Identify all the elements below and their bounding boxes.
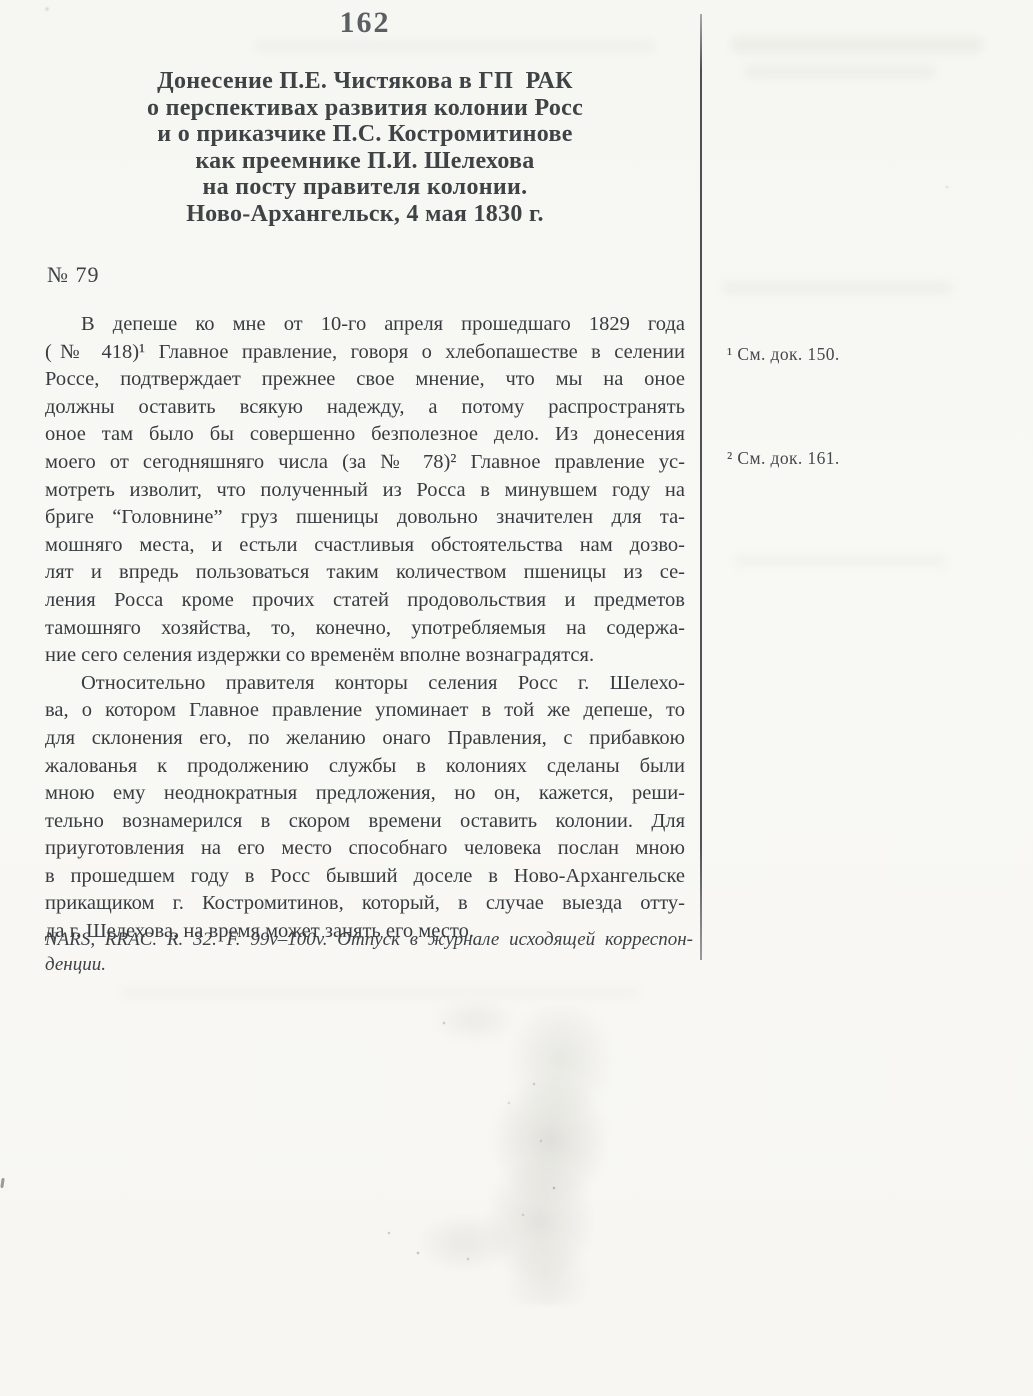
heading-line: Ново-Архангельск, 4 мая 1830 г. — [0, 201, 730, 228]
document-heading: Донесение П.Е. Чистякова в ГП РАК о перс… — [0, 68, 730, 227]
scan-stain — [462, 1005, 632, 1305]
page-showthrough-smudge — [732, 38, 982, 52]
body-line: Россе, подтверждает прежнее свое мнение,… — [45, 366, 685, 394]
source-citation-line: NARS, RRAC. R. 32. F. 99v–100v. Отпуск в… — [45, 927, 693, 952]
scan-speckles — [0, 0, 2, 2]
heading-line: и о приказчике П.С. Костромитинове — [0, 121, 730, 148]
page-edge-mark — [0, 1178, 4, 1188]
body-line: мною ему неоднократныя предложения, но о… — [45, 780, 685, 808]
source-citation-line: денции. — [45, 952, 693, 977]
page-showthrough-smudge — [735, 555, 945, 567]
page-showthrough-smudge — [745, 66, 935, 78]
body-line: (№ 418)¹ Главное правление, говоря о хле… — [45, 339, 685, 367]
page-number: 162 — [0, 6, 730, 40]
heading-line: Донесение П.Е. Чистякова в ГП РАК — [0, 68, 730, 95]
body-line: тамошняго хозяйства, то, конечно, употре… — [45, 615, 685, 643]
margin-note-1: ¹ См. док. 150. — [727, 344, 840, 365]
page-showthrough-smudge — [255, 40, 655, 52]
scan-stain — [415, 985, 535, 1055]
body-line: для склонения его, по желанию онаго Прав… — [45, 725, 685, 753]
margin-note-2: ² См. док. 161. — [727, 448, 840, 469]
body-line: моего от сегодняшняго числа (за № 78)² Г… — [45, 449, 685, 477]
body-line: Относительно правителя конторы селения Р… — [45, 670, 685, 698]
body-line: приуготовления на его место способнаго ч… — [45, 835, 685, 863]
body-line: бриге “Головнине” груз пшеницы довольно … — [45, 504, 685, 532]
heading-line: на посту правителя колонии. — [0, 174, 730, 201]
body-line: тельно вознамерился в скором времени ост… — [45, 808, 685, 836]
scanned-document-page: 162 Донесение П.Е. Чистякова в ГП РАК о … — [0, 0, 1033, 1396]
body-line: оное там было бы совершенно безполезное … — [45, 421, 685, 449]
body-line: ние сего селения издержки со временём вп… — [45, 642, 685, 670]
body-line: мошняго места, и естьли счастливыя обсто… — [45, 532, 685, 560]
body-line: В депеше ко мне от 10-го апреля прошедша… — [45, 311, 685, 339]
body-line: прикащиком г. Костромитинов, который, в … — [45, 890, 685, 918]
page-showthrough-smudge — [120, 988, 640, 998]
body-line: лят и впредь пользоваться таким количест… — [45, 559, 685, 587]
scan-stain — [395, 1195, 535, 1290]
body-line: должны оставить всякую надежду, а потому… — [45, 394, 685, 422]
body-line: ва, о котором Главное правление упоминае… — [45, 697, 685, 725]
source-citation: NARS, RRAC. R. 32. F. 99v–100v. Отпуск в… — [45, 927, 693, 977]
document-body: В депеше ко мне от 10-го апреля прошедша… — [45, 311, 685, 946]
page-showthrough-smudge — [722, 282, 952, 294]
document-number: № 79 — [47, 262, 100, 288]
margin-divider-rule — [700, 14, 702, 960]
heading-line: как преемнике П.И. Шелехова — [0, 148, 730, 175]
body-line: в прошедшем году в Росс бывший доселе в … — [45, 863, 685, 891]
body-line: ления Росса кроме прочих статей продовол… — [45, 587, 685, 615]
heading-line: о перспективах развития колонии Росс — [0, 95, 730, 122]
body-line: жалованья к продолжению службы в колония… — [45, 753, 685, 781]
body-line: мотреть изволит, что полученный из Росса… — [45, 477, 685, 505]
